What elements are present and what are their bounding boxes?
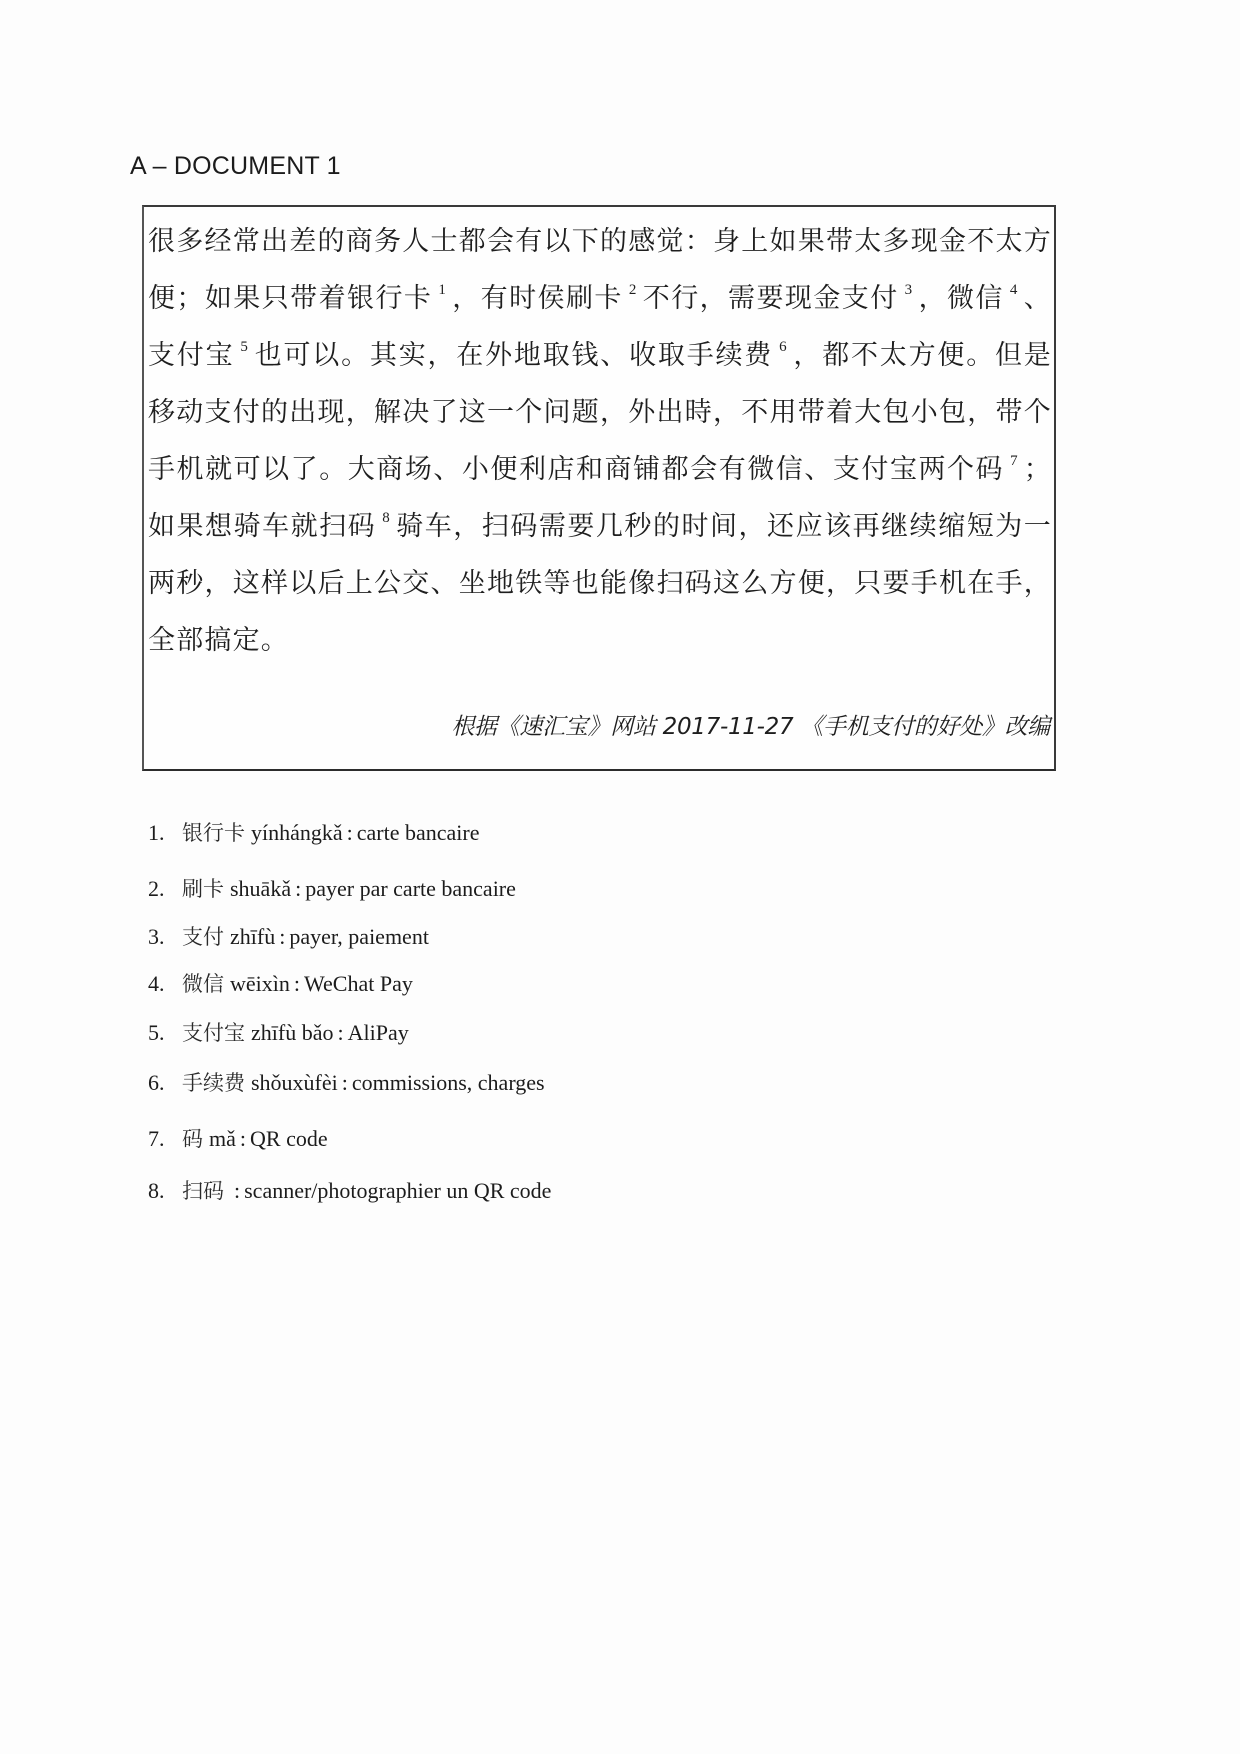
footnote-ref-6: 6 <box>779 339 788 355</box>
glossary-hanzi: 码 <box>182 1127 203 1151</box>
glossary-definition: AliPay <box>348 1020 409 1045</box>
glossary-number: 5. <box>148 1020 182 1046</box>
glossary-item: 8.扫码:scanner/photographier un QR code <box>148 1178 551 1230</box>
glossary-number: 1. <box>148 820 182 846</box>
glossary-definition: scanner/photographier un QR code <box>244 1178 551 1203</box>
glossary-hanzi: 手续费 <box>182 1071 245 1095</box>
glossary-hanzi: 支付 <box>182 925 224 949</box>
glossary-pinyin: zhīfù bǎo <box>251 1020 333 1045</box>
document-heading: A – DOCUMENT 1 <box>130 152 341 181</box>
footnote-ref-8: 8 <box>382 510 391 526</box>
glossary-number: 3. <box>148 924 182 950</box>
glossary-pinyin: shǒuxùfèi <box>251 1070 338 1095</box>
glossary-pinyin: shuākǎ <box>230 876 291 901</box>
body-text: ，有时侯刷卡 <box>452 283 623 314</box>
glossary-pinyin: mǎ <box>209 1126 236 1151</box>
glossary-definition: payer, paiement <box>289 924 429 949</box>
footnote-ref-4: 4 <box>1010 282 1019 298</box>
glossary-number: 8. <box>148 1178 182 1204</box>
document-body: 很多经常出差的商务人士都会有以下的感觉：身上如果带太多现金不太方便；如果只带着银… <box>148 213 1052 669</box>
body-text: 也可以。其实，在外地取钱、收取手续费 <box>254 340 773 371</box>
glossary-definition: WeChat Pay <box>304 971 413 996</box>
glossary-item: 6.手续费shǒuxùfèi:commissions, charges <box>148 1070 551 1122</box>
glossary-hanzi: 微信 <box>182 972 224 996</box>
body-text: ，微信 <box>918 283 1004 314</box>
glossary-item: 7.码mǎ:QR code <box>148 1126 551 1178</box>
glossary-item: 5.支付宝zhīfù bǎo:AliPay <box>148 1020 551 1072</box>
glossary-pinyin: wēixìn <box>230 971 290 996</box>
glossary-hanzi: 支付宝 <box>182 1021 245 1045</box>
glossary-separator: : <box>347 820 353 845</box>
glossary-number: 6. <box>148 1070 182 1096</box>
glossary-hanzi: 银行卡 <box>182 821 245 845</box>
glossary-number: 2. <box>148 876 182 902</box>
vocabulary-glossary: 1.银行卡yínhángkǎ:carte bancaire 2.刷卡shuākǎ… <box>148 820 551 1236</box>
glossary-separator: : <box>240 1126 246 1151</box>
footnote-ref-2: 2 <box>629 282 638 298</box>
footnote-ref-3: 3 <box>905 282 914 298</box>
footnote-ref-5: 5 <box>240 339 249 355</box>
glossary-separator: : <box>337 1020 343 1045</box>
glossary-item: 2.刷卡shuākǎ:payer par carte bancaire <box>148 876 551 928</box>
glossary-definition: QR code <box>250 1126 328 1151</box>
glossary-hanzi: 扫码 <box>182 1179 224 1203</box>
glossary-number: 7. <box>148 1126 182 1152</box>
document-text-box: 很多经常出差的商务人士都会有以下的感觉：身上如果带太多现金不太方便；如果只带着银… <box>142 205 1056 771</box>
glossary-pinyin: zhīfù <box>230 924 275 949</box>
body-text: 不行，需要现金支付 <box>643 283 899 314</box>
glossary-item: 3.支付zhīfù:payer, paiement <box>148 924 551 976</box>
glossary-separator: : <box>234 1178 240 1203</box>
glossary-pinyin: yínhángkǎ <box>251 820 343 845</box>
glossary-separator: : <box>294 971 300 996</box>
footnote-ref-1: 1 <box>438 282 447 298</box>
glossary-separator: : <box>342 1070 348 1095</box>
glossary-definition: payer par carte bancaire <box>305 876 516 901</box>
glossary-item: 1.银行卡yínhángkǎ:carte bancaire <box>148 820 551 872</box>
glossary-separator: : <box>279 924 285 949</box>
glossary-separator: : <box>295 876 301 901</box>
glossary-definition: commissions, charges <box>352 1070 545 1095</box>
glossary-definition: carte bancaire <box>357 820 480 845</box>
glossary-item: 4.微信wēixìn:WeChat Pay <box>148 971 551 1023</box>
glossary-number: 4. <box>148 971 182 997</box>
glossary-hanzi: 刷卡 <box>182 877 224 901</box>
source-citation: 根据《速汇宝》网站 2017-11-27 《手机支付的好处》改编 <box>451 708 1050 741</box>
footnote-ref-7: 7 <box>1010 453 1019 469</box>
